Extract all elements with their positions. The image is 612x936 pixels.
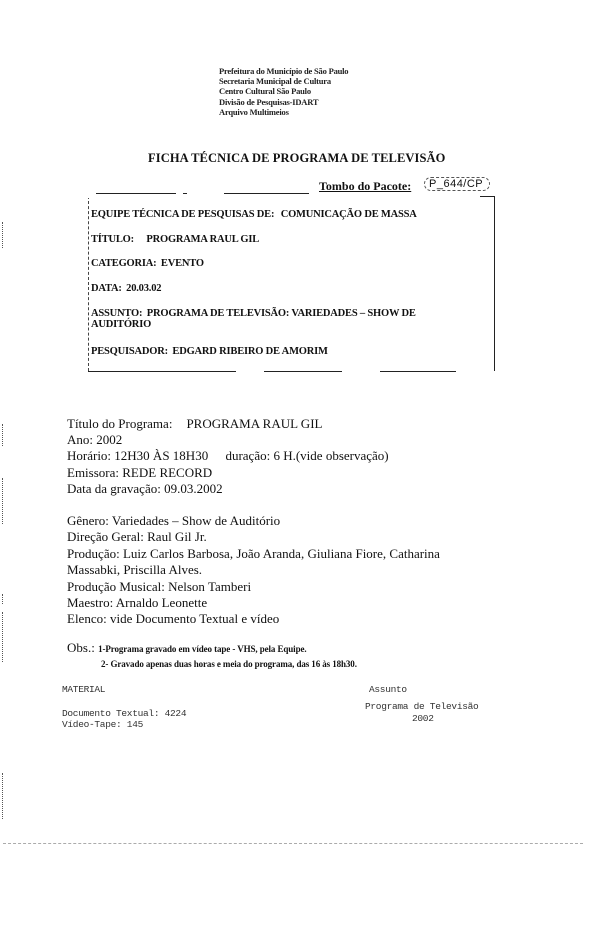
detail-value: REDE RECORD [122, 465, 212, 480]
divider-line [183, 193, 187, 194]
institution-line: Secretaria Municipal de Cultura [219, 76, 348, 86]
field-value: 20.03.02 [126, 283, 161, 294]
detail-label: Horário: [67, 448, 111, 463]
detail-value: 6 H.(vide observação) [273, 448, 388, 463]
obs-text: 1-Programa gravado em vídeo tape - VHS, … [98, 644, 306, 654]
detail-value: PROGRAMA RAUL GIL [186, 416, 322, 431]
credit-label: Elenco: [67, 611, 107, 626]
field-value: COMUNICAÇÃO DE MASSA [281, 209, 417, 220]
divider-line [96, 193, 176, 194]
document-title: FICHA TÉCNICA DE PROGRAMA DE TELEVISÃO [148, 151, 446, 166]
credit-label: Direção Geral: [67, 529, 144, 544]
field-titulo: TÍTULO: PROGRAMA RAUL GIL [91, 234, 259, 245]
credit-value: Nelson Tamberi [168, 579, 251, 594]
field-equipe: EQUIPE TÉCNICA DE PESQUISAS DE: COMUNICA… [91, 209, 417, 220]
assunto-line: Programa de Televisão [365, 701, 478, 712]
form-box-top-gap [88, 196, 480, 198]
scan-artifact-left-2 [2, 424, 4, 446]
scan-artifact-bottom-line [3, 843, 583, 845]
field-label: PESQUISADOR: [91, 346, 168, 357]
detail-value: 12H30 ÀS 18H30 [114, 448, 208, 463]
material-line: Vídeo-Tape: 145 [62, 719, 143, 730]
field-categoria: CATEGORIA: EVENTO [91, 258, 204, 269]
credit-maestro: Maestro: Arnaldo Leonette [67, 595, 587, 611]
credit-value: Luiz Carlos Barbosa, João Aranda, Giulia… [123, 546, 440, 561]
divider-line [224, 193, 309, 194]
detail-titulo-programa: Título do Programa:PROGRAMA RAUL GIL [67, 416, 389, 432]
detail-value: 2002 [96, 432, 122, 447]
divider-line [264, 371, 342, 372]
credit-producao: Produção: Luiz Carlos Barbosa, João Aran… [67, 546, 587, 562]
field-label: TÍTULO: [91, 234, 134, 245]
detail-label: Emissora: [67, 465, 119, 480]
credit-producao-cont: Massabki, Priscilla Alves. [67, 562, 587, 578]
field-label: EQUIPE TÉCNICA DE PESQUISAS DE: [91, 209, 274, 220]
credit-value: vide Documento Textual e vídeo [110, 611, 279, 626]
field-label: CATEGORIA: [91, 258, 156, 269]
divider-line [380, 371, 456, 372]
program-credits: Gênero: Variedades – Show de Auditório D… [67, 513, 587, 628]
institution-line: Prefeitura do Município de São Paulo [219, 66, 348, 76]
divider-line [88, 371, 236, 372]
credit-label: Gênero: [67, 513, 109, 528]
credit-value: Variedades – Show de Auditório [112, 513, 280, 528]
credit-value: Arnaldo Leonette [116, 595, 207, 610]
scan-artifact-left-5 [2, 612, 4, 662]
observation-2: 2- Gravado apenas duas horas e meia do p… [101, 659, 357, 669]
scan-artifact-left-6 [2, 773, 4, 819]
institution-line: Divisão de Pesquisas-IDART [219, 97, 348, 107]
scan-artifact-left-1 [2, 222, 4, 248]
field-value: PROGRAMA RAUL GIL [146, 234, 259, 245]
credit-genero: Gênero: Variedades – Show de Auditório [67, 513, 587, 529]
detail-ano: Ano: 2002 [67, 432, 389, 448]
detail-label: Data da gravação: [67, 481, 161, 496]
institution-line: Arquivo Multimeios [219, 107, 348, 117]
detail-label: Ano: [67, 432, 93, 447]
scan-artifact-left-4 [2, 594, 4, 604]
detail-horario: Horário: 12H30 ÀS 18H30 duração: 6 H.(vi… [67, 448, 389, 464]
tombo-label: Tombo do Pacote: [319, 179, 411, 194]
material-heading: MATERIAL [62, 684, 105, 695]
institution-line: Centro Cultural São Paulo [219, 86, 348, 96]
credit-label: Produção Musical: [67, 579, 165, 594]
detail-value: 09.03.2002 [164, 481, 223, 496]
credit-label: Maestro: [67, 595, 113, 610]
program-details: Título do Programa:PROGRAMA RAUL GIL Ano… [67, 416, 389, 497]
credit-value: Raul Gil Jr. [147, 529, 207, 544]
field-value: EDGARD RIBEIRO DE AMORIM [172, 346, 327, 357]
obs-label: Obs.: [67, 640, 95, 655]
field-value: EVENTO [161, 258, 204, 269]
material-line: Documento Textual: 4224 [62, 708, 186, 719]
detail-label: Título do Programa: [67, 416, 172, 431]
tombo-value: P_644/CP [424, 177, 490, 191]
detail-data-gravacao: Data da gravação: 09.03.2002 [67, 481, 389, 497]
field-label: DATA: [91, 283, 122, 294]
field-data: DATA: 20.03.02 [91, 283, 161, 294]
field-assunto: ASSUNTO: PROGRAMA DE TELEVISÃO: VARIEDAD… [91, 308, 471, 330]
field-label: ASSUNTO: [91, 308, 142, 319]
credit-label: Produção: [67, 546, 120, 561]
assunto-line: 2002 [412, 713, 434, 724]
detail-emissora: Emissora: REDE RECORD [67, 465, 389, 481]
observation-1: Obs.: 1-Programa gravado em vídeo tape -… [67, 640, 307, 656]
assunto-heading: Assunto [369, 684, 407, 695]
institution-header: Prefeitura do Município de São Paulo Sec… [219, 66, 348, 117]
scan-artifact-left-3 [2, 478, 4, 524]
credit-direcao: Direção Geral: Raul Gil Jr. [67, 529, 587, 545]
credit-elenco: Elenco: vide Documento Textual e vídeo [67, 611, 587, 627]
credit-producao-musical: Produção Musical: Nelson Tamberi [67, 579, 587, 595]
detail-label: duração: [225, 448, 270, 463]
credit-value: Massabki, Priscilla Alves. [67, 562, 202, 577]
field-pesquisador: PESQUISADOR: EDGARD RIBEIRO DE AMORIM [91, 346, 328, 357]
